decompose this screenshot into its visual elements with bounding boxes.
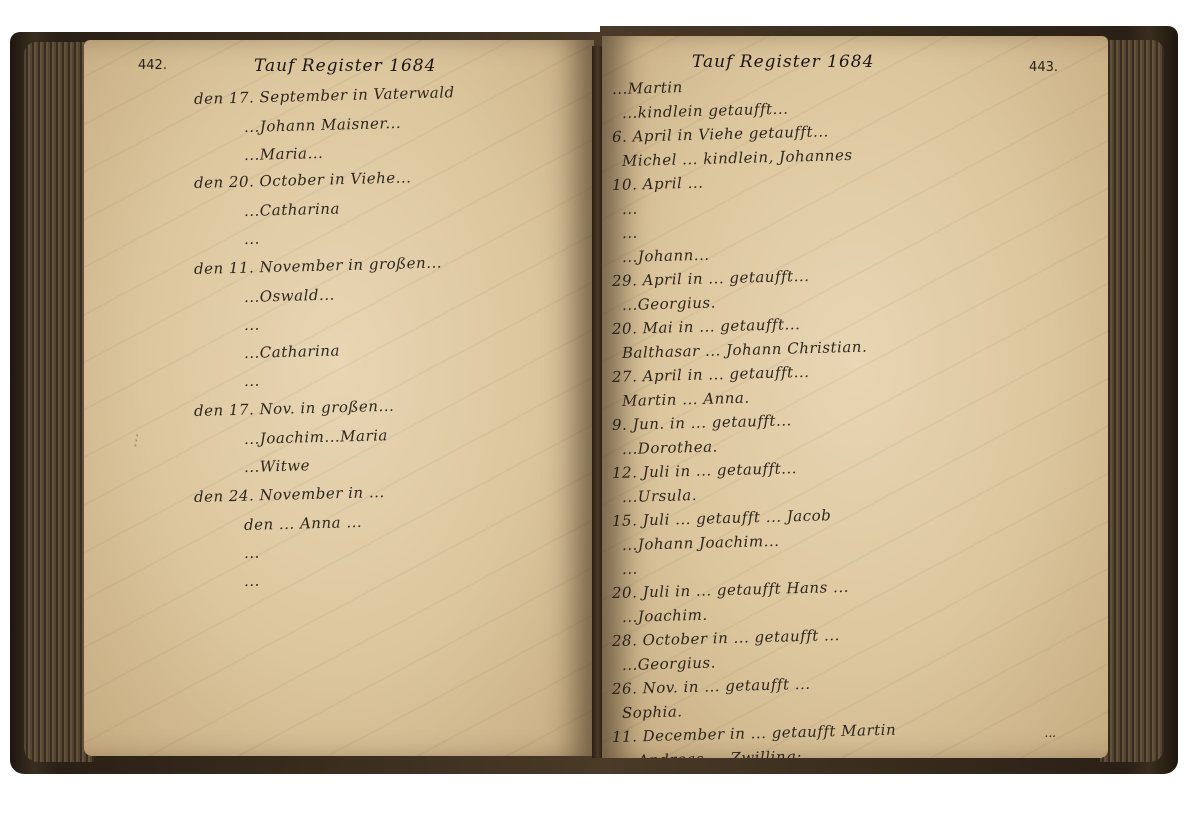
text-line: Michel ... kindlein, Johannes [622, 146, 853, 170]
text-line: ... [622, 200, 638, 218]
text-line: ...Maria... [244, 144, 324, 164]
text-line: 20. Mai in ... getaufft... [612, 315, 801, 338]
text-line: ...Martin [612, 78, 683, 98]
text-line: ... [244, 230, 260, 248]
text-line: ... [244, 372, 260, 390]
open-book: 442. Tauf Register 1684 ... den 17. Sept… [10, 26, 1178, 774]
right-page: Tauf Register 1684 443. ...Martin ...kin… [602, 36, 1108, 758]
text-line: ... [622, 224, 638, 242]
text-line: Martin ... Anna. [622, 389, 750, 410]
text-line: den 24. November in ... [194, 483, 385, 506]
page-heading: Tauf Register 1684 [692, 52, 874, 72]
text-line: ...kindlein getaufft... [622, 100, 789, 122]
text-line: 9. Jun. in ... getaufft... [612, 411, 792, 434]
text-line: ...Joachim. [622, 606, 708, 626]
text-line: ...Johann... [622, 246, 710, 266]
text-line: ...Catharina [244, 341, 340, 362]
text-line: 26. Nov. in ... getaufft ... [612, 675, 811, 698]
left-page: 442. Tauf Register 1684 ... den 17. Sept… [84, 40, 594, 756]
text-line: ...Ursula. [622, 486, 697, 506]
text-line: ... [244, 316, 260, 334]
text-line: den 17. September in Vaterwald [194, 83, 455, 108]
text-line: ...Georgius. [622, 654, 716, 674]
text-line: 29. April in ... getaufft... [612, 267, 810, 290]
page-edges-right [1100, 40, 1164, 762]
text-line: ...Dorothea. [622, 437, 718, 458]
page-heading: Tauf Register 1684 [254, 56, 436, 76]
text-line: den 11. November in großen... [194, 254, 442, 278]
text-line: 20. Juli in ... getaufft Hans ... [612, 578, 849, 602]
page-number: 442. [138, 58, 167, 73]
text-line: ...Johann Joachim... [622, 532, 780, 554]
text-line: 15. Juli ... getaufft ... Jacob [612, 506, 832, 530]
page-number: 443. [1029, 60, 1058, 75]
text-line: ...Catharina [244, 199, 340, 220]
text-line: ... [622, 560, 638, 578]
text-line: den 17. Nov. in großen... [194, 397, 395, 420]
text-line: den ... Anna ... [244, 513, 363, 534]
text-line: ...Andreas ... Zwilling; [622, 747, 802, 758]
text-line: 11. December in ... getaufft Martin [612, 721, 897, 746]
text-line: ...Oswald... [244, 286, 335, 306]
text-line: ...Joachim...Maria [244, 426, 388, 448]
text-line: Balthasar ... Johann Christian. [622, 338, 868, 362]
text-line: 27. April in ... getaufft... [612, 363, 810, 386]
text-line: 12. Juli in ... getaufft... [612, 459, 797, 482]
text-line: ...Georgius. [622, 294, 716, 314]
text-line: 6. April in Viehe getaufft... [612, 122, 829, 146]
text-line: den 20. October in Viehe... [194, 168, 412, 192]
text-line: ... [244, 544, 260, 562]
text-line: Sophia. [622, 702, 683, 722]
text-line: ... [244, 572, 260, 590]
text-line: ...Witwe [244, 456, 310, 476]
text-line: 28. October in ... getaufft ... [612, 626, 840, 650]
margin-note: ... [121, 430, 142, 448]
text-line: ...Johann Maisner... [244, 114, 402, 136]
catchword: ... [1045, 726, 1056, 740]
text-line: 10. April ... [612, 174, 704, 194]
